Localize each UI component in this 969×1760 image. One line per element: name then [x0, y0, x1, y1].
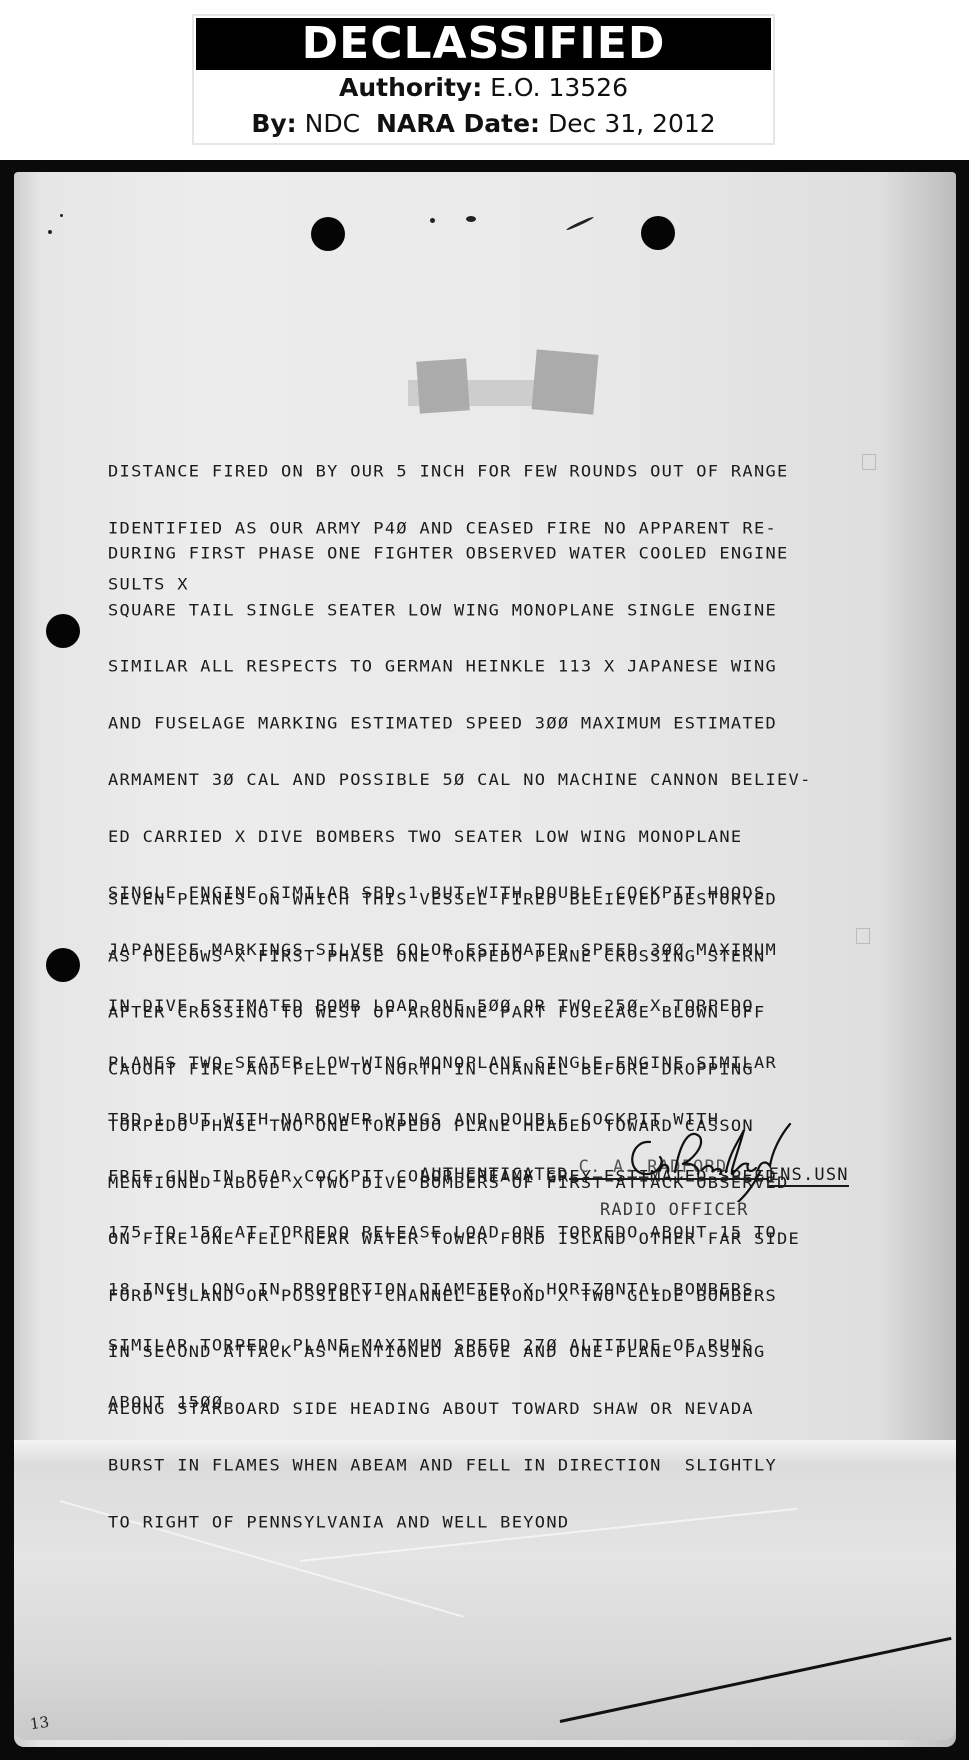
typed-line: BURST IN FLAMES WHEN ABEAM AND FELL IN D… — [108, 1457, 908, 1476]
authority-label: Authority: — [339, 73, 482, 102]
speck — [48, 230, 52, 234]
typed-line: AND FUSELAGE MARKING ESTIMATED SPEED 3ØØ… — [108, 714, 908, 733]
typed-line: SIMILAR ALL RESPECTS TO GERMAN HEINKLE 1… — [108, 658, 908, 677]
signer-title: RADIO OFFICER — [600, 1200, 749, 1220]
typed-line: AS FOLLOWS X FIRST PHASE ONE TORPEDO PLA… — [108, 947, 908, 966]
punch-hole — [46, 948, 80, 982]
typed-line: AFTER CROSSING TO WEST OF ARGONNE PART F… — [108, 1004, 908, 1023]
authority-value: E.O. 13526 — [490, 73, 628, 102]
margin-mark — [862, 454, 876, 470]
typed-line: ALONG STARBOARD SIDE HEADING ABOUT TOWAR… — [108, 1400, 908, 1419]
typed-line: ED CARRIED X DIVE BOMBERS TWO SEATER LOW… — [108, 828, 908, 847]
by-label: By: — [251, 109, 296, 138]
typed-line: SEVEN PLANES ON WHICH THIS VESSEL FIRED … — [108, 891, 908, 910]
typed-line: TO RIGHT OF PENNSYLVANIA AND WELL BEYOND — [108, 1513, 908, 1532]
by-value: NDC — [305, 109, 360, 138]
punch-hole — [46, 614, 80, 648]
page-number: 13 — [29, 1713, 50, 1733]
typed-line: CAUGHT FIRE AND FELL TO NORTH IN CHANNEL… — [108, 1060, 908, 1079]
authenticated-label: AUTHENTICATED — [420, 1165, 569, 1185]
typed-line: DURING FIRST PHASE ONE FIGHTER OBSERVED … — [108, 545, 908, 564]
declassification-stamp: DECLASSIFIED Authority: E.O. 13526 By: N… — [192, 14, 775, 145]
typed-line: FORD ISLAND OR POSSIBLY CHANNEL BEYOND X… — [108, 1287, 908, 1306]
typed-line: DISTANCE FIRED ON BY OUR 5 INCH FOR FEW … — [108, 463, 908, 482]
typed-line: IN SECOND ATTACK AS MENTIONED ABOVE AND … — [108, 1343, 908, 1362]
speck — [60, 214, 63, 217]
typed-line: ON FIRE ONE FELL NEAR WATER TOWER FORD I… — [108, 1230, 908, 1249]
speck — [466, 216, 476, 222]
punch-hole — [641, 216, 675, 250]
by-date-line: By: NDC NARA Date: Dec 31, 2012 — [194, 106, 773, 142]
authority-line: Authority: E.O. 13526 — [194, 70, 773, 106]
speck — [430, 218, 435, 223]
nara-date-label: NARA Date: — [376, 109, 540, 138]
declassified-title: DECLASSIFIED — [196, 18, 771, 70]
tape-remnant — [408, 380, 593, 406]
nara-date-value: Dec 31, 2012 — [548, 109, 716, 138]
typed-line: ARMAMENT 3Ø CAL AND POSSIBLE 5Ø CAL NO M… — [108, 771, 908, 790]
typed-line: SQUARE TAIL SINGLE SEATER LOW WING MONOP… — [108, 601, 908, 620]
margin-mark — [856, 928, 870, 944]
handwritten-signature — [620, 1122, 810, 1202]
punch-hole — [311, 217, 345, 251]
